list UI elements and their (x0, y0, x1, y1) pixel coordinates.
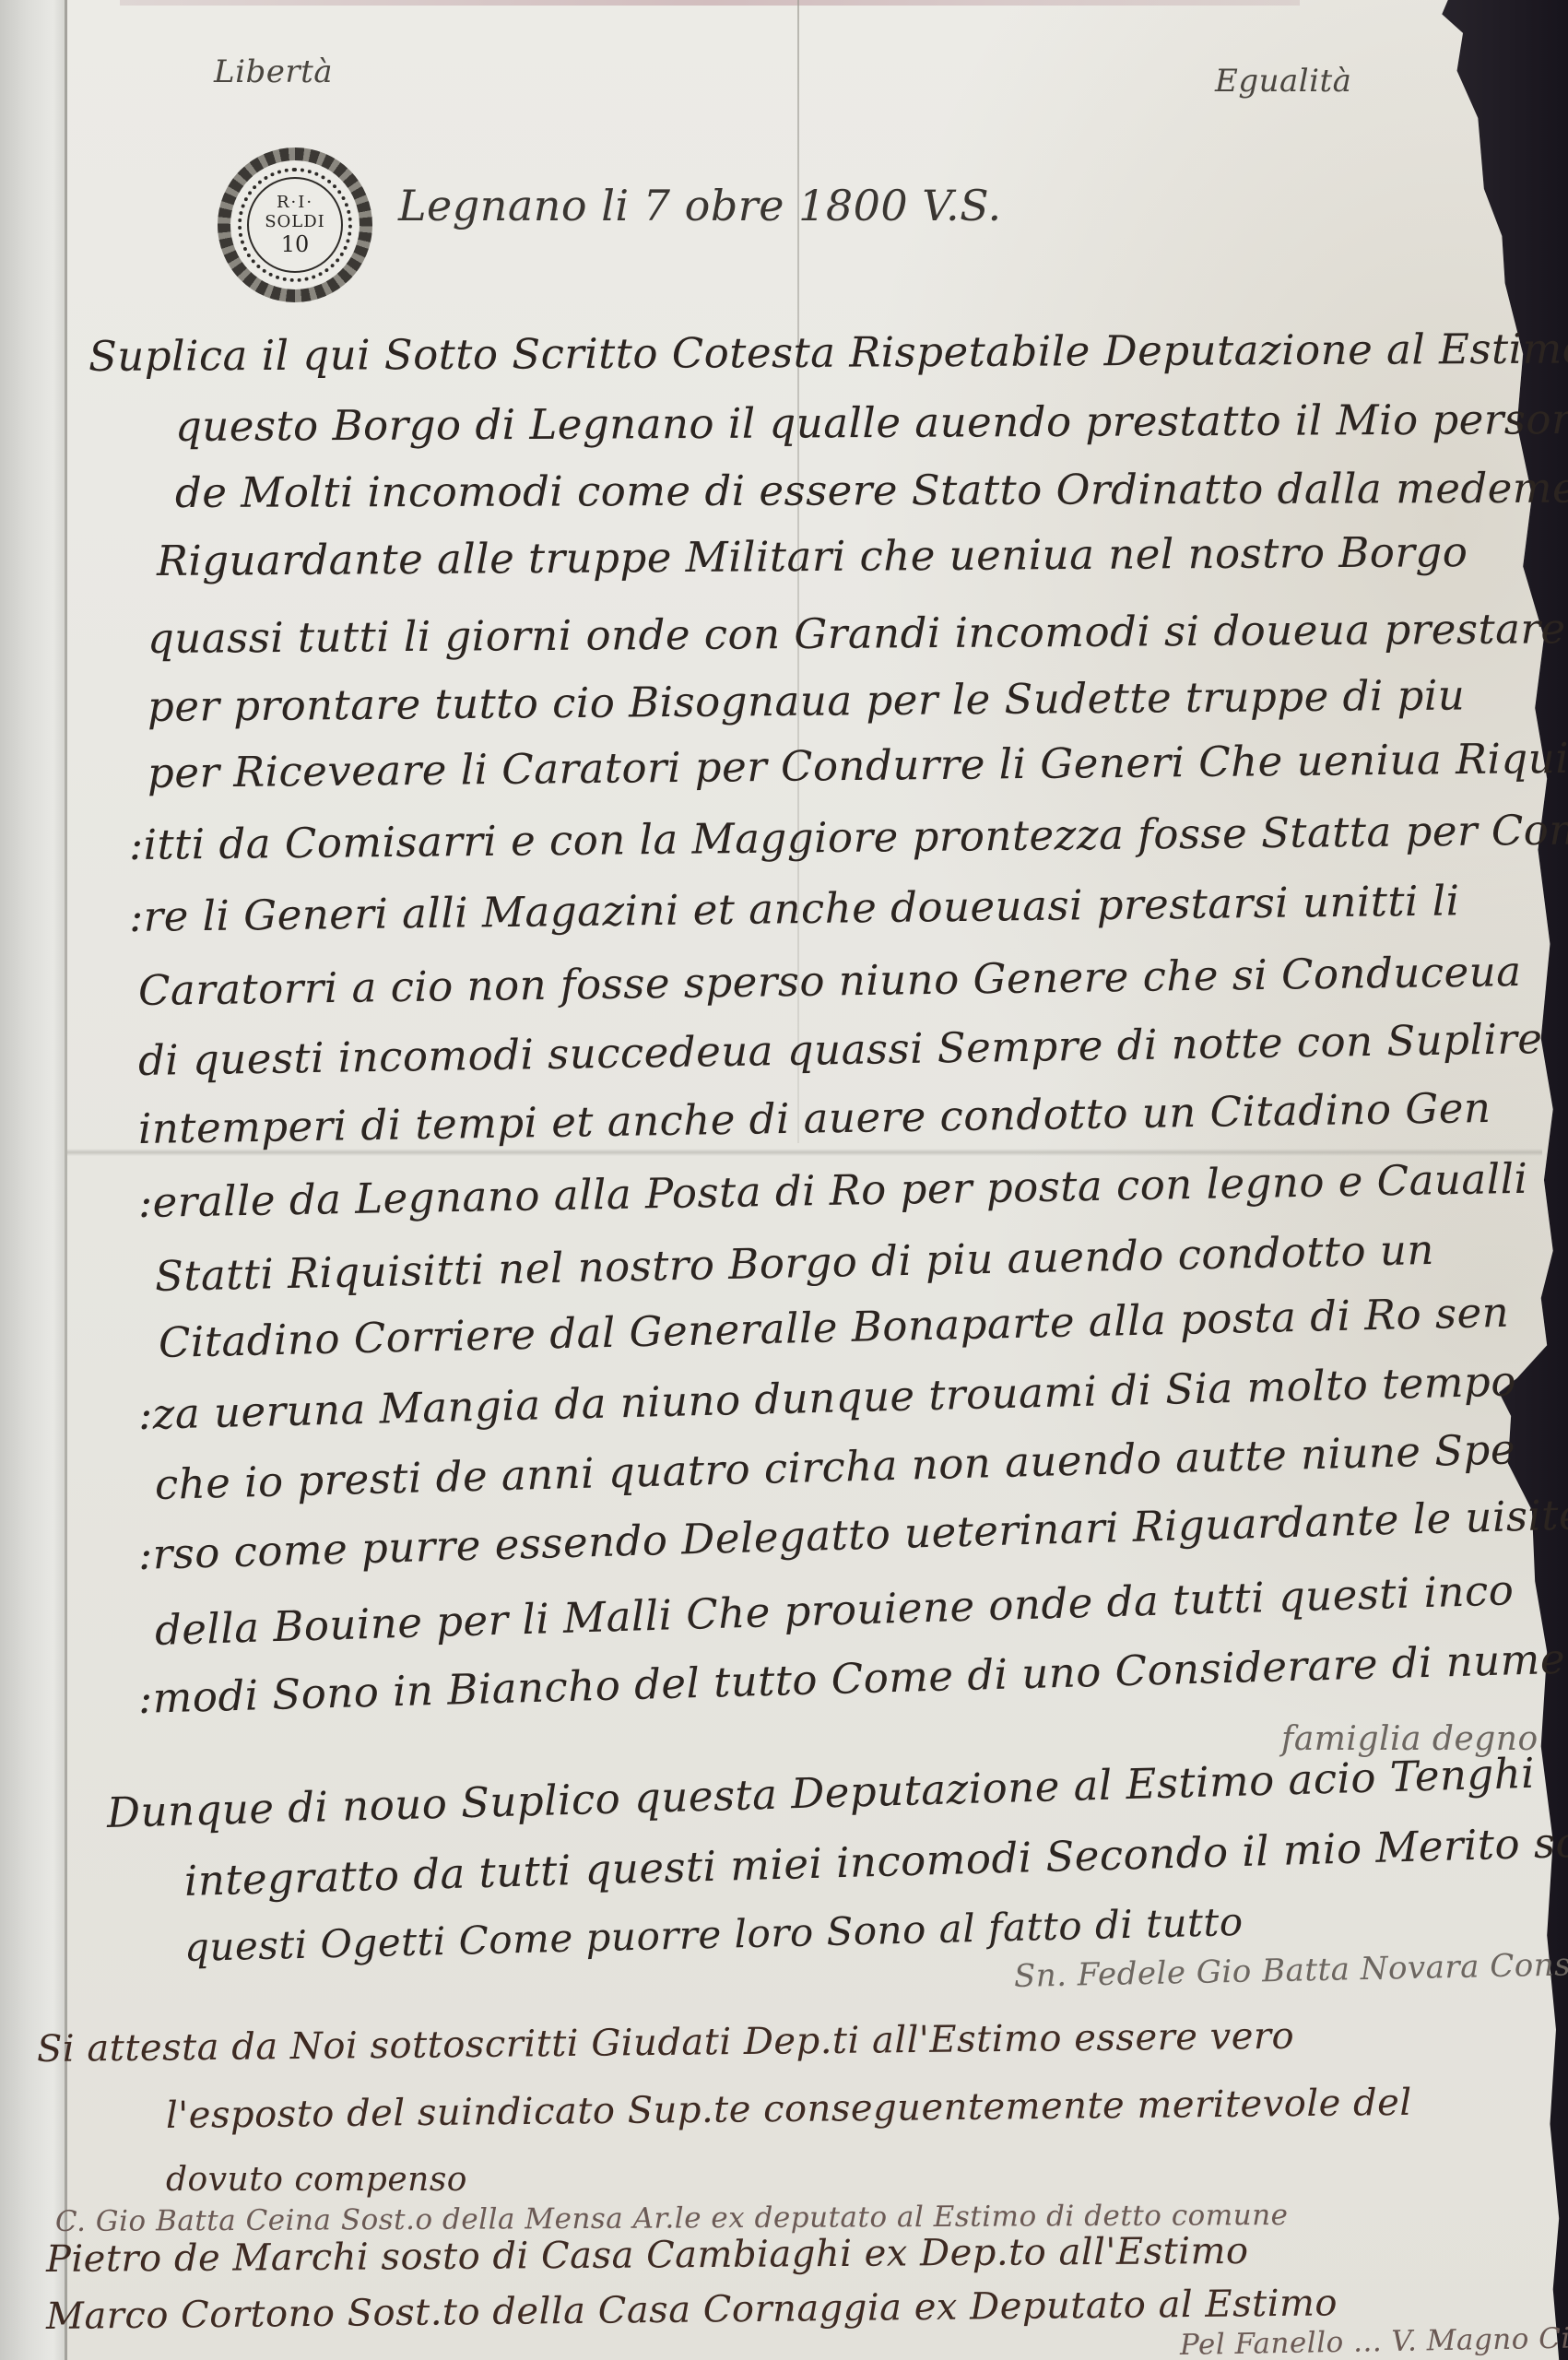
attestation-line: dovuto compenso (166, 2161, 467, 2199)
petition-line: Riguardante alle truppe Militari che uen… (157, 527, 1468, 585)
folded-left-strip (0, 0, 66, 2360)
signature-fanello: Pel Fanello ... V. Magno Ci... (1180, 2321, 1568, 2360)
stamp-text-value: 10 (281, 232, 310, 256)
motto-liberta: Libertà (214, 53, 333, 90)
stamp-text-soldi: SOLDI (265, 212, 325, 232)
petition-line: quassi tutti li giorni onde con Grandi i… (147, 604, 1566, 663)
petition-line: Suplica il qui Sotto Scritto Cotesta Ris… (88, 324, 1568, 381)
top-edge-stain (120, 0, 1300, 6)
stamp-center: R·I· SOLDI 10 (247, 177, 343, 273)
revenue-stamp-icon: R·I· SOLDI 10 (218, 147, 372, 302)
fold-edge-line (65, 0, 67, 2360)
signature-de-marchi: Pietro de Marchi sosto di Casa Cambiaghi… (46, 2230, 1249, 2281)
petition-line: de Molti incomodi come di essere Statto … (175, 464, 1568, 517)
petition-line: questo Borgo di Legnano il qualle auendo… (175, 395, 1568, 451)
stamp-text-ri: R·I· (277, 194, 313, 212)
dateline: Legnano li 7 obre 1800 V.S. (398, 181, 1002, 230)
motto-egualita: Egualità (1215, 63, 1351, 100)
